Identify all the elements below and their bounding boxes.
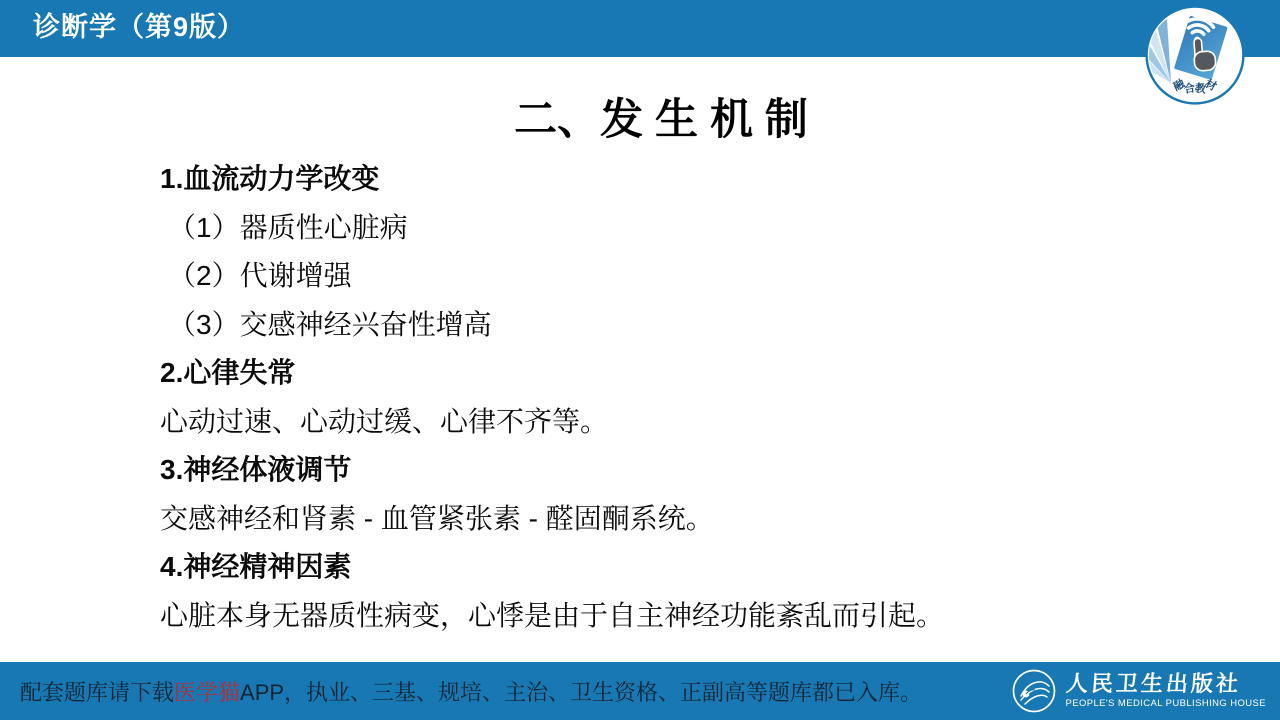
- content-line: （3）交感神经兴奋性增高: [160, 299, 1250, 348]
- content-line: （1）器质性心脏病: [160, 202, 1250, 251]
- content-line: 4.神经精神因素: [160, 541, 1250, 590]
- content-lines: 1.血流动力学改变（1）器质性心脏病（2）代谢增强（3）交感神经兴奋性增高2.心…: [160, 153, 1250, 638]
- content-line: 3.神经体液调节: [160, 444, 1250, 493]
- content-line: （2）代谢增强: [160, 250, 1250, 299]
- content-line: 心动过速、心动过缓、心律不齐等。: [160, 396, 1250, 445]
- book-title: 诊断学（第9版）: [33, 0, 245, 57]
- publisher-name-cn: 人民卫生出版社: [1065, 673, 1242, 695]
- content-line: 2.心律失常: [160, 347, 1250, 396]
- footer-notice-prefix: 配套题库请下载: [20, 676, 174, 707]
- footer-bar: 配套题库请下载 医学猫 APP，执业、三基、规培、主治、卫生资格、正副高等题库都…: [0, 662, 1280, 720]
- footer-notice: 配套题库请下载 医学猫 APP，执业、三基、规培、主治、卫生资格、正副高等题库都…: [20, 662, 922, 720]
- slide-title: 二、发 生 机 制: [0, 86, 1280, 147]
- footer-notice-suffix: APP，执业、三基、规培、主治、卫生资格、正副高等题库都已入库。: [240, 676, 922, 707]
- publisher-name-en: PEOPLE'S MEDICAL PUBLISHING HOUSE: [1066, 699, 1267, 709]
- publisher-emblem-icon: [1011, 668, 1057, 714]
- publisher-logo: 人民卫生出版社 PEOPLE'S MEDICAL PUBLISHING HOUS…: [1011, 662, 1267, 720]
- footer-app-name: 医学猫: [174, 676, 240, 707]
- content-line: 心脏本身无器质性病变，心悸是由于自主神经功能紊乱而引起。: [160, 590, 1250, 639]
- top-bar: 诊断学（第9版）: [0, 0, 1280, 57]
- content-line: 交感神经和肾素 - 血管紧张素 - 醛固酮系统。: [160, 493, 1250, 542]
- content-line: 1.血流动力学改变: [160, 153, 1250, 202]
